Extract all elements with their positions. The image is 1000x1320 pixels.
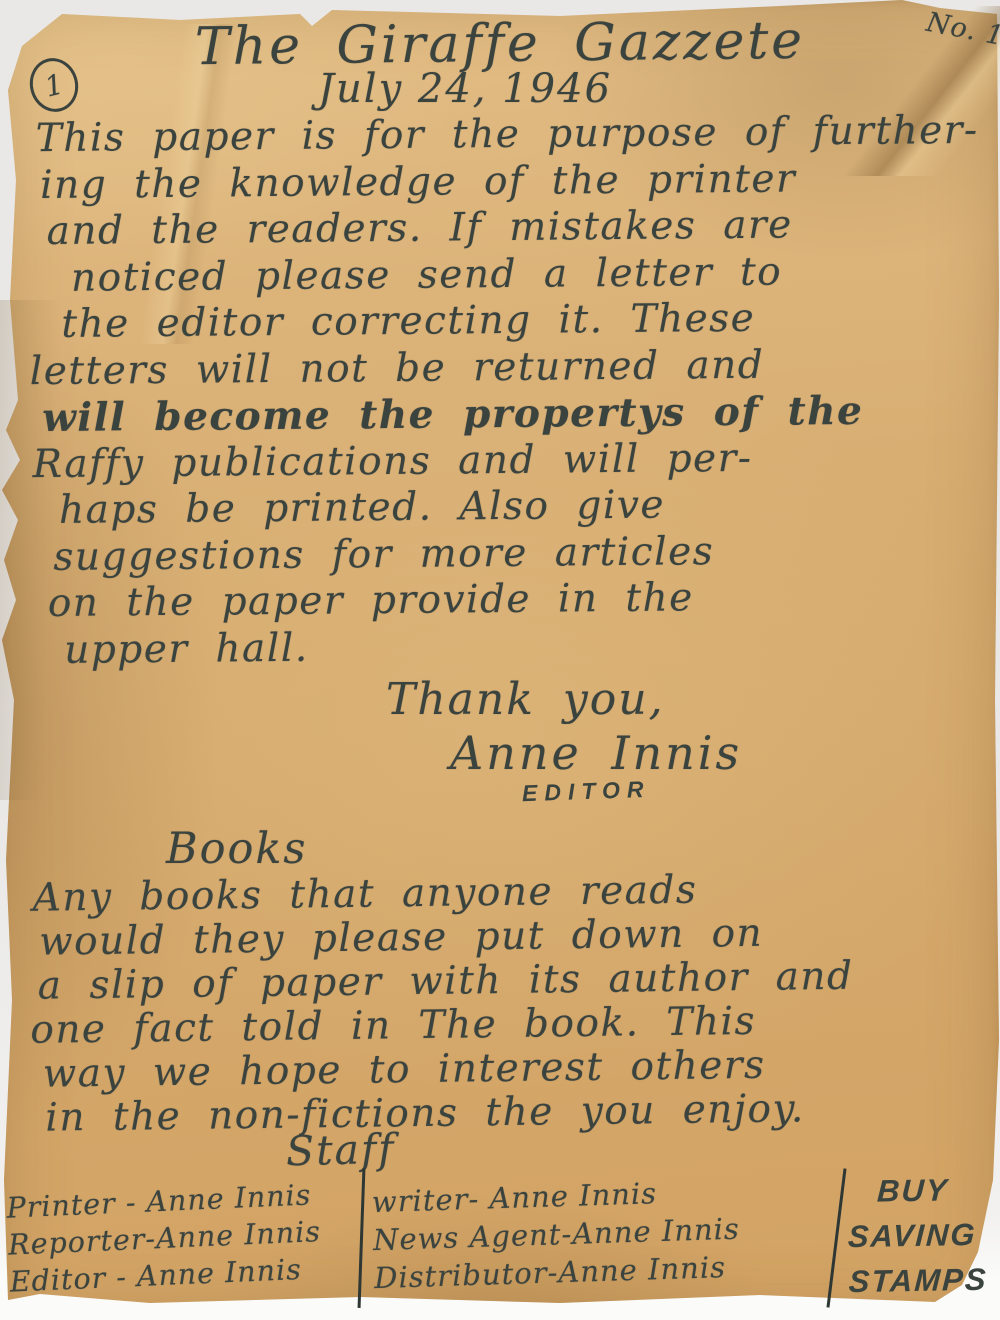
editor-role-label: EDITOR (522, 776, 651, 807)
books-section-heading: Books (166, 824, 308, 874)
handwritten-line: suggestions for more articles (29, 526, 979, 581)
buy-saving-stamps-note: BUY SAVING STAMPS (837, 1167, 993, 1306)
handwritten-line: haps be printed. Also give (29, 480, 979, 535)
signoff-thanks: Thank you, (386, 674, 665, 725)
staff-middle-column: writer- Anne Innis News Agent-Anne Innis… (361, 1161, 837, 1312)
editor-signature: Anne Innis (450, 726, 742, 780)
handwritten-line: will become the propertys of the (28, 387, 978, 442)
staff-left-column: Printer - Anne Innis Reporter-Anne Innis… (5, 1160, 363, 1311)
stamp-note-line: SAVING (847, 1212, 993, 1260)
handwritten-line: This paper is for the purpose of further… (26, 108, 976, 163)
document-date: July 24, 1946 (0, 66, 1000, 112)
handwritten-line: Raffy publications and will per- (28, 433, 978, 488)
intro-paragraph: This paper is for the purpose of further… (26, 108, 981, 674)
stamp-note-line: BUY (846, 1167, 992, 1215)
stamp-note-line: STAMPS (848, 1257, 994, 1305)
handwritten-line: upper hall. (30, 619, 980, 674)
handwritten-line: on the paper provide in the (30, 573, 980, 628)
scanned-document: 1 No. 1 The Giraffe Gazzete July 24, 194… (0, 0, 1000, 1320)
handwritten-line: and the readers. If mistakes are (26, 201, 976, 256)
staff-columns: Printer - Anne Innis Reporter-Anne Innis… (8, 1168, 992, 1304)
handwritten-line: letters will not be returned and (28, 340, 978, 395)
handwritten-line: ing the knowledge of the printer (26, 154, 976, 209)
handwritten-line: noticed please send a letter to (27, 247, 977, 302)
books-paragraph: Any books that anyone reads would they p… (26, 864, 979, 1140)
handwritten-line: the editor correcting it. These (27, 294, 977, 349)
